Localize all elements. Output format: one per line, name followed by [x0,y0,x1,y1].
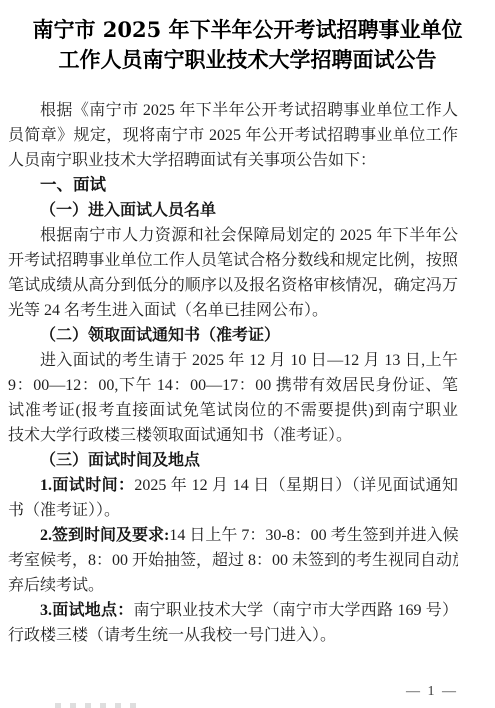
text-line: 9：00—12：00,下午 14：00—17：00 携带有效居民身份证、笔 [8,373,458,398]
item-label: 3.面试地点： [40,602,133,619]
title-line-1: 南宁市 2025 年下半年公开考试招聘事业单位 [8,15,487,45]
sub-heading: （三）面试时间及地点 [8,448,458,473]
item-label: 1.面试时间： [40,477,134,494]
text-line: 光等 24 名考生进入面试（名单已挂网公布）。 [8,298,458,323]
text-line: 考室候考，8：00 开始抽签，超过 8：00 未签到的考生视同自动放 [8,548,458,573]
text-line: 弃后续考试。 [8,573,458,598]
next-page-text-peek [55,703,140,708]
sub-heading: （二）领取面试通知书（准考证） [8,323,458,348]
item-text: 14 日上午 7：30-8：00 考生签到并进入候 [169,527,458,544]
text-line: 1.面试时间：2025 年 12 月 14 日（星期日）（详见面试通知 [8,473,458,498]
document-title: 南宁市 2025 年下半年公开考试招聘事业单位 工作人员南宁职业技术大学招聘面试… [8,15,487,75]
title-line-2: 工作人员南宁职业技术大学招聘面试公告 [8,45,487,75]
document-page: 南宁市 2025 年下半年公开考试招聘事业单位 工作人员南宁职业技术大学招聘面试… [0,0,495,708]
item-text: 2025 年 12 月 14 日（星期日）（详见面试通知 [134,477,458,494]
item-text: 南宁职业技术大学（南宁市大学西路 169 号） [133,602,458,619]
text-line: 3.面试地点：南宁职业技术大学（南宁市大学西路 169 号） [8,598,458,623]
text-line: 根据《南宁市 2025 年下半年公开考试招聘事业单位工作人 [8,98,458,123]
text-line: 技术大学行政楼三楼领取面试通知书（准考证）。 [8,423,458,448]
sub-heading: （一）进入面试人员名单 [8,198,458,223]
section-heading: 一、面试 [8,173,458,198]
page-number: — 1 — [406,684,458,700]
text-line: 员简章》规定，现将南宁市 2025 年公开考试招聘事业单位工作 [8,123,458,148]
text-line: 进入面试的考生请于 2025 年 12 月 10 日—12 月 13 日,上午 [8,348,458,373]
text-line: 根据南宁市人力资源和社会保障局划定的 2025 年下半年公 [8,223,458,248]
text-line: 2.签到时间及要求:14 日上午 7：30-8：00 考生签到并进入候 [8,523,458,548]
text-line: 人员南宁职业技术大学招聘面试有关事项公告如下： [8,148,458,173]
text-line: 试准考证(报考直接面试免笔试岗位的不需要提供)到南宁职业 [8,398,458,423]
text-line: 开考试招聘事业单位工作人员笔试合格分数线和规定比例，按照 [8,248,458,273]
text-line: 书（准考证））。 [8,498,458,523]
document-body: 根据《南宁市 2025 年下半年公开考试招聘事业单位工作人员简章》规定，现将南宁… [8,98,458,648]
item-label: 2.签到时间及要求: [40,527,169,544]
text-line: 行政楼三楼（请考生统一从我校一号门进入）。 [8,623,458,648]
text-line: 笔试成绩从高分到低分的顺序以及报名资格审核情况，确定冯万 [8,273,458,298]
